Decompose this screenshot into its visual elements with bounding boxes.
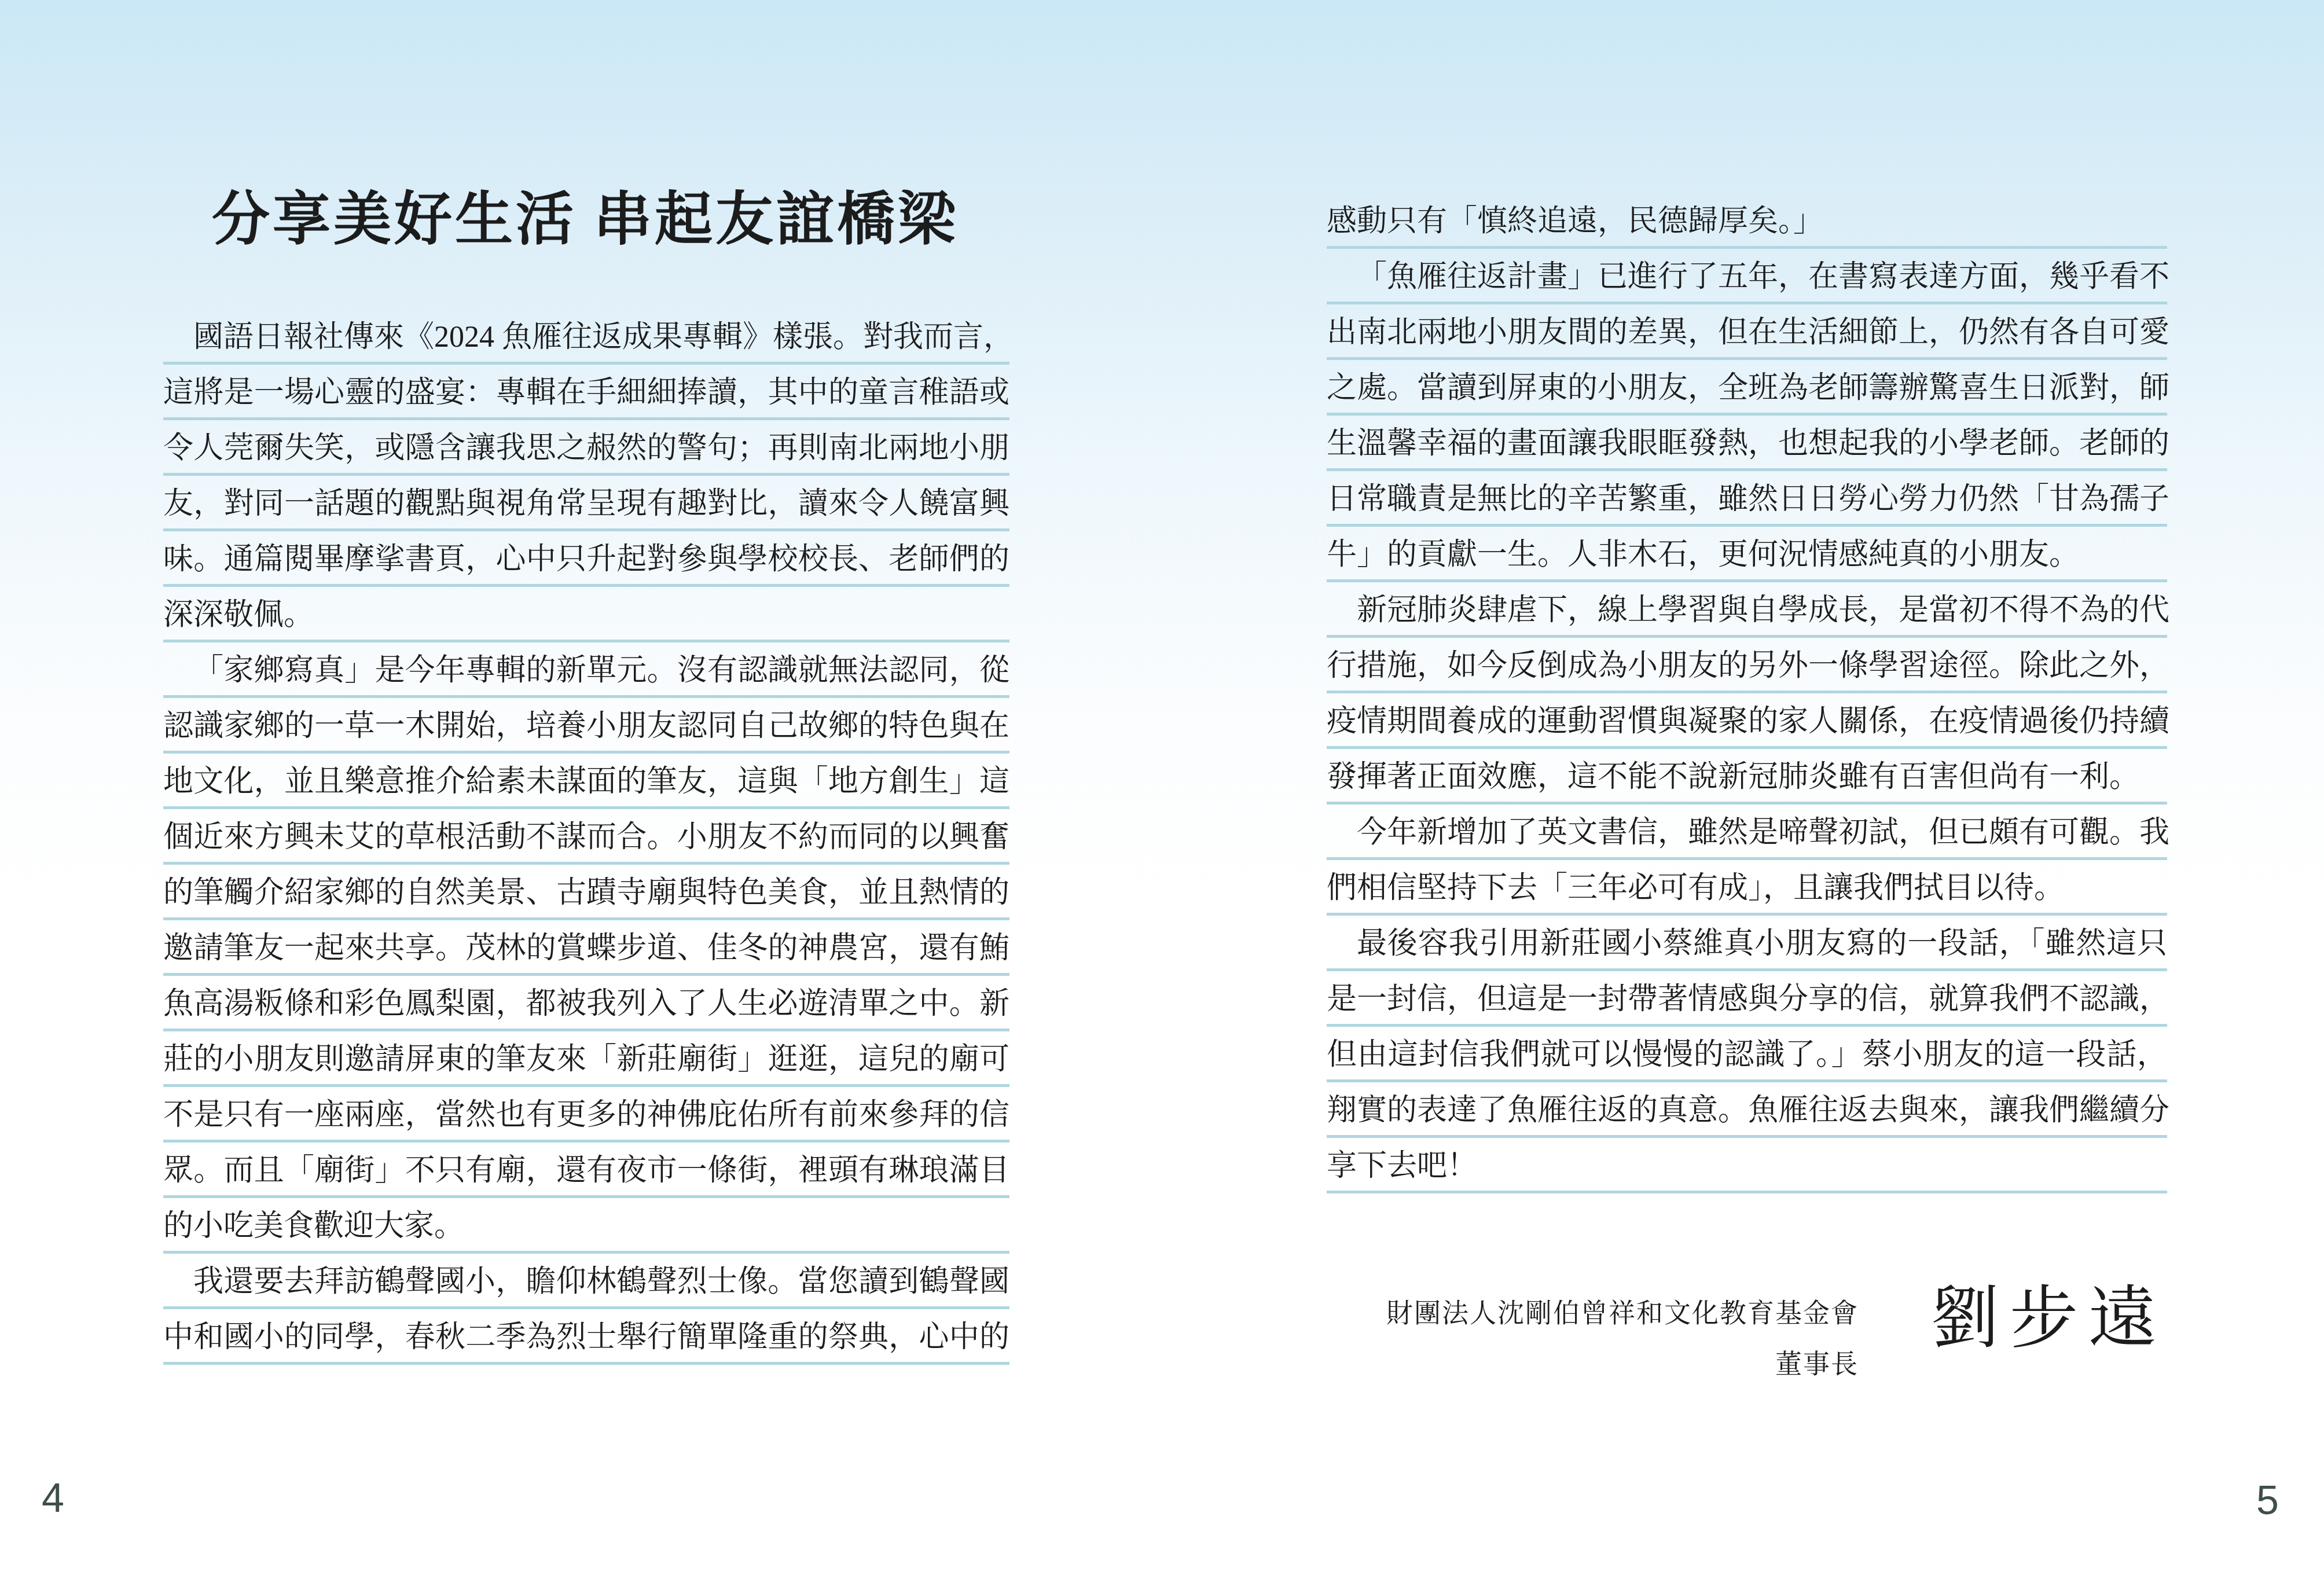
text-line: 疫情期間養成的運動習慣與凝聚的家人關係，在疫情過後仍持續 [1327, 693, 2167, 749]
text-line: 但由這封信我們就可以慢慢的認識了。」蔡小朋友的這一段話， [1327, 1027, 2167, 1082]
text-line: 邀請筆友一起來共享。茂林的賞蝶步道、佳冬的神農宮，還有鮪 [163, 920, 1009, 976]
signature-role: 董事長 [1386, 1346, 1859, 1382]
right-page-lines: 感動只有「慎終追遠，民德歸厚矣。」「魚雁往返計畫」已進行了五年，在書寫表達方面，… [1327, 193, 2167, 1193]
text-line: 之處。當讀到屏東的小朋友，全班為老師籌辦驚喜生日派對，師 [1327, 360, 2167, 416]
text-line: 今年新增加了英文書信，雖然是啼聲初試，但已頗有可觀。我 [1327, 805, 2167, 860]
text-line: 感動只有「慎終追遠，民德歸厚矣。」 [1327, 193, 2167, 249]
text-line: 中和國小的同學，春秋二季為烈士舉行簡單隆重的祭典，心中的 [163, 1309, 1009, 1365]
text-line: 眾。而且「廟街」不只有廟，還有夜市一條街，裡頭有琳琅滿目 [163, 1143, 1009, 1198]
text-line: 牛」的貢獻一生。人非木石，更何況情感純真的小朋友。 [1327, 527, 2167, 582]
text-line: 莊的小朋友則邀請屏東的筆友來「新莊廟街」逛逛，這兒的廟可 [163, 1031, 1009, 1087]
text-line: 深深敬佩。 [163, 587, 1009, 642]
text-line: 味。通篇閱畢摩挲書頁，心中只升起對參與學校校長、老師們的 [163, 531, 1009, 587]
signature-organization: 財團法人沈剛伯曾祥和文化教育基金會 [1386, 1295, 1859, 1331]
text-line: 新冠肺炎肆虐下，線上學習與自學成長，是當初不得不為的代 [1327, 582, 2167, 638]
text-line: 享下去吧！ [1327, 1138, 2167, 1193]
text-line: 出南北兩地小朋友間的差異，但在生活細節上，仍然有各自可愛 [1327, 304, 2167, 360]
text-line: 發揮著正面效應，這不能不說新冠肺炎雖有百害但尚有一利。 [1327, 749, 2167, 805]
text-line: 行措施，如今反倒成為小朋友的另外一條學習途徑。除此之外， [1327, 638, 2167, 693]
text-line: 的小吃美食歡迎大家。 [163, 1198, 1009, 1254]
text-line: 個近來方興未艾的草根活動不謀而合。小朋友不約而同的以興奮 [163, 809, 1009, 865]
text-line: 的筆觸介紹家鄉的自然美景、古蹟寺廟與特色美食，並且熱情的 [163, 865, 1009, 920]
page-number-left: 4 [42, 1475, 64, 1521]
text-line: 友，對同一話題的觀點與視角常呈現有趣對比，讀來令人饒富興 [163, 476, 1009, 531]
text-line: 「家鄉寫真」是今年專輯的新單元。沒有認識就無法認同，從 [163, 642, 1009, 698]
text-line: 不是只有一座兩座，當然也有更多的神佛庇佑所有前來參拜的信 [163, 1087, 1009, 1143]
text-line: 生溫馨幸福的畫面讓我眼眶發熱，也想起我的小學老師。老師的 [1327, 416, 2167, 471]
text-line: 們相信堅持下去「三年必可有成」，且讓我們拭目以待。 [1327, 860, 2167, 916]
text-line: 認識家鄉的一草一木開始，培養小朋友認同自己故鄉的特色與在 [163, 698, 1009, 754]
text-line: 日常職責是無比的辛苦繁重，雖然日日勞心勞力仍然「甘為孺子 [1327, 471, 2167, 527]
signature-block: 財團法人沈剛伯曾祥和文化教育基金會 董事長 劉步遠 [1327, 1268, 2167, 1382]
text-line: 魚高湯粄條和彩色鳳梨園，都被我列入了人生必遊清單之中。新 [163, 976, 1009, 1031]
left-page-lines: 國語日報社傳來《2024 魚雁往返成果專輯》樣張。對我而言，這將是一場心靈的盛宴… [163, 309, 1009, 1365]
signature-text: 財團法人沈剛伯曾祥和文化教育基金會 董事長 [1386, 1295, 1859, 1382]
text-line: 國語日報社傳來《2024 魚雁往返成果專輯》樣張。對我而言， [163, 309, 1009, 365]
text-line: 翔實的表達了魚雁往返的真意。魚雁往返去與來，讓我們繼續分 [1327, 1082, 2167, 1138]
text-line: 是一封信，但這是一封帶著情感與分享的信，就算我們不認識， [1327, 971, 2167, 1027]
text-line: 令人莞爾失笑，或隱含讓我思之赧然的警句；再則南北兩地小朋 [163, 420, 1009, 476]
text-line: 「魚雁往返計畫」已進行了五年，在書寫表達方面，幾乎看不 [1327, 249, 2167, 304]
signature-name: 劉步遠 [1931, 1268, 2167, 1370]
text-line: 地文化，並且樂意推介給素未謀面的筆友，這與「地方創生」這 [163, 754, 1009, 809]
text-line: 我還要去拜訪鶴聲國小，瞻仰林鶴聲烈士像。當您讀到鶴聲國 [163, 1254, 1009, 1309]
page-number-right: 5 [2256, 1477, 2279, 1523]
page-title: 分享美好生活 串起友誼橋梁 [157, 172, 1013, 256]
text-line: 這將是一場心靈的盛宴：專輯在手細細捧讀，其中的童言稚語或 [163, 365, 1009, 420]
text-line: 最後容我引用新莊國小蔡維真小朋友寫的一段話，「雖然這只 [1327, 916, 2167, 971]
